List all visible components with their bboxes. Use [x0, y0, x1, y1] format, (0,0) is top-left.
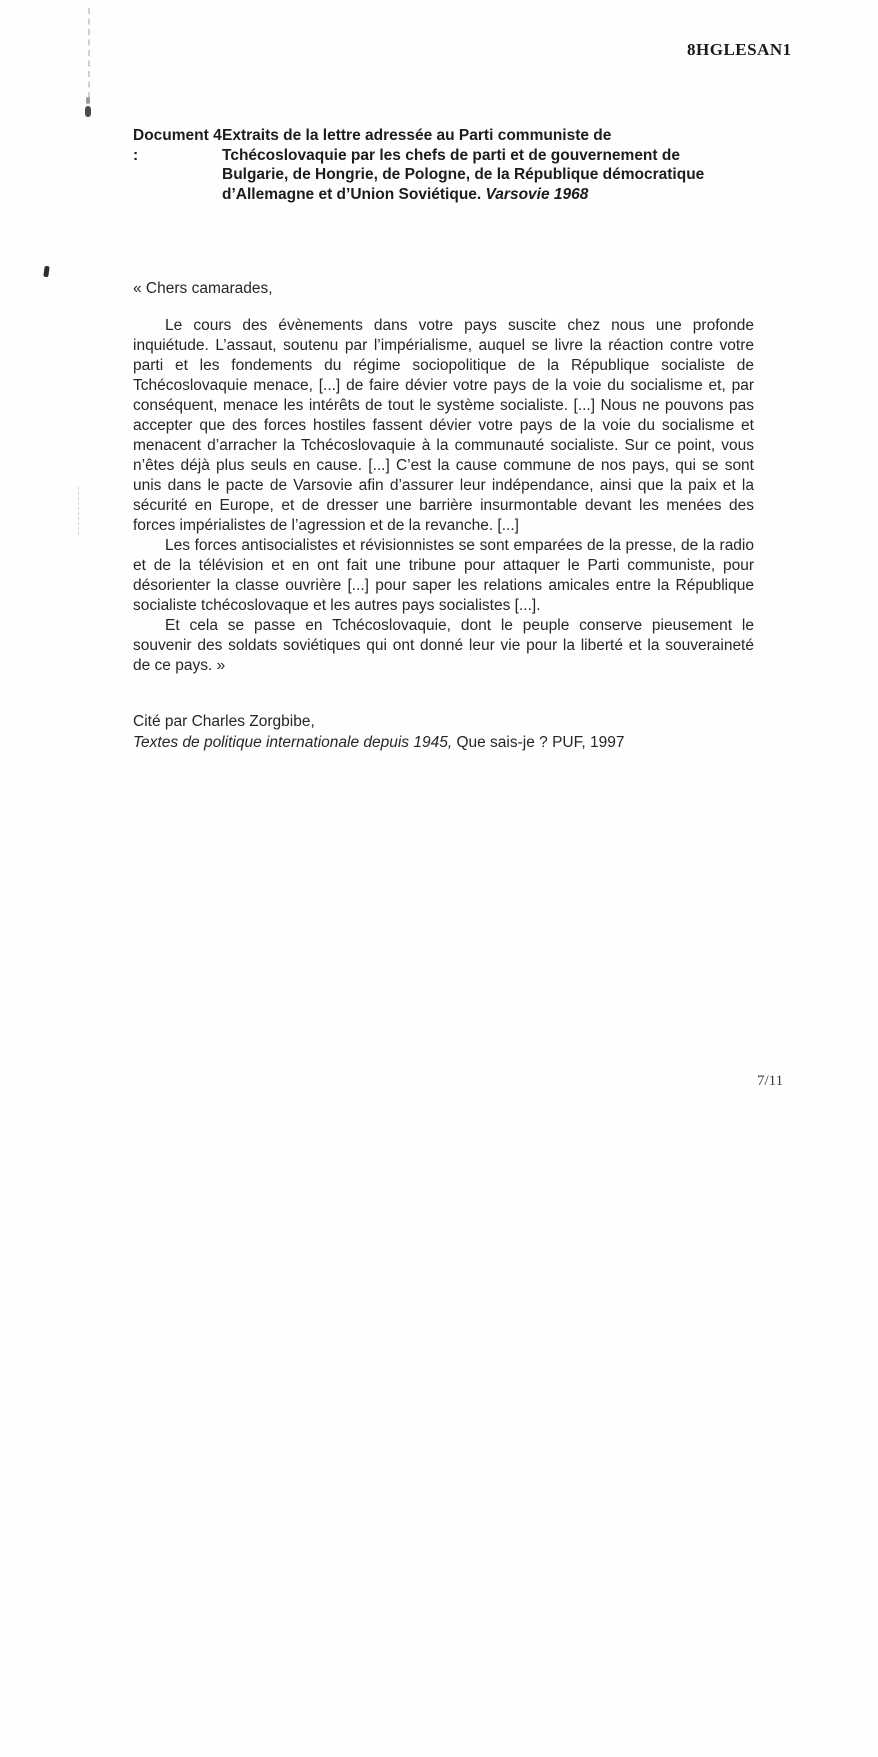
letter-paragraph-1: Le cours des évènements dans votre pays …: [133, 316, 754, 536]
citation-author: Cité par Charles Zorgbibe,: [133, 711, 624, 732]
document-title-text: Extraits de la lettre adressée au Parti …: [222, 126, 762, 204]
title-place-date: Varsovie 1968: [486, 186, 589, 203]
letter-paragraph-3: Et cela se passe en Tchécoslovaquie, don…: [133, 616, 754, 676]
title-line: Extraits de la lettre adressée au Parti …: [222, 126, 762, 146]
letter-paragraph-2: Les forces antisocialistes et révisionni…: [133, 536, 754, 616]
page-number: 7/11: [757, 1073, 783, 1090]
scan-artifact-dashed-line-top: [88, 8, 90, 98]
title-line: Bulgarie, de Hongrie, de Pologne, de la …: [222, 165, 762, 185]
letter-salutation: « Chers camarades,: [133, 279, 754, 299]
document-title-block: Document 4 : Extraits de la lettre adres…: [133, 126, 762, 204]
citation-publisher: Que sais-je ? PUF, 1997: [452, 734, 624, 751]
document-page: 8HGLESAN1 Document 4 : Extraits de la le…: [0, 0, 878, 1757]
exam-header-code: 8HGLESAN1: [687, 40, 792, 60]
scan-artifact-speck: [86, 97, 90, 104]
source-citation: Cité par Charles Zorgbibe, Textes de pol…: [133, 711, 624, 753]
document-label: Document 4 :: [133, 126, 222, 204]
letter-body: « Chers camarades, Le cours des évènemen…: [133, 279, 754, 676]
citation-work-title: Textes de politique internationale depui…: [133, 734, 452, 751]
citation-reference: Textes de politique internationale depui…: [133, 732, 624, 753]
scan-artifact-dashed-line-mid: [78, 487, 79, 535]
title-line-end: d’Allemagne et d’Union Soviétique.: [222, 186, 486, 203]
scan-artifact-speck: [85, 106, 91, 117]
title-line: Tchécoslovaquie par les chefs de parti e…: [222, 146, 762, 166]
scan-artifact-mark: [43, 266, 49, 278]
title-line: d’Allemagne et d’Union Soviétique. Varso…: [222, 185, 762, 205]
